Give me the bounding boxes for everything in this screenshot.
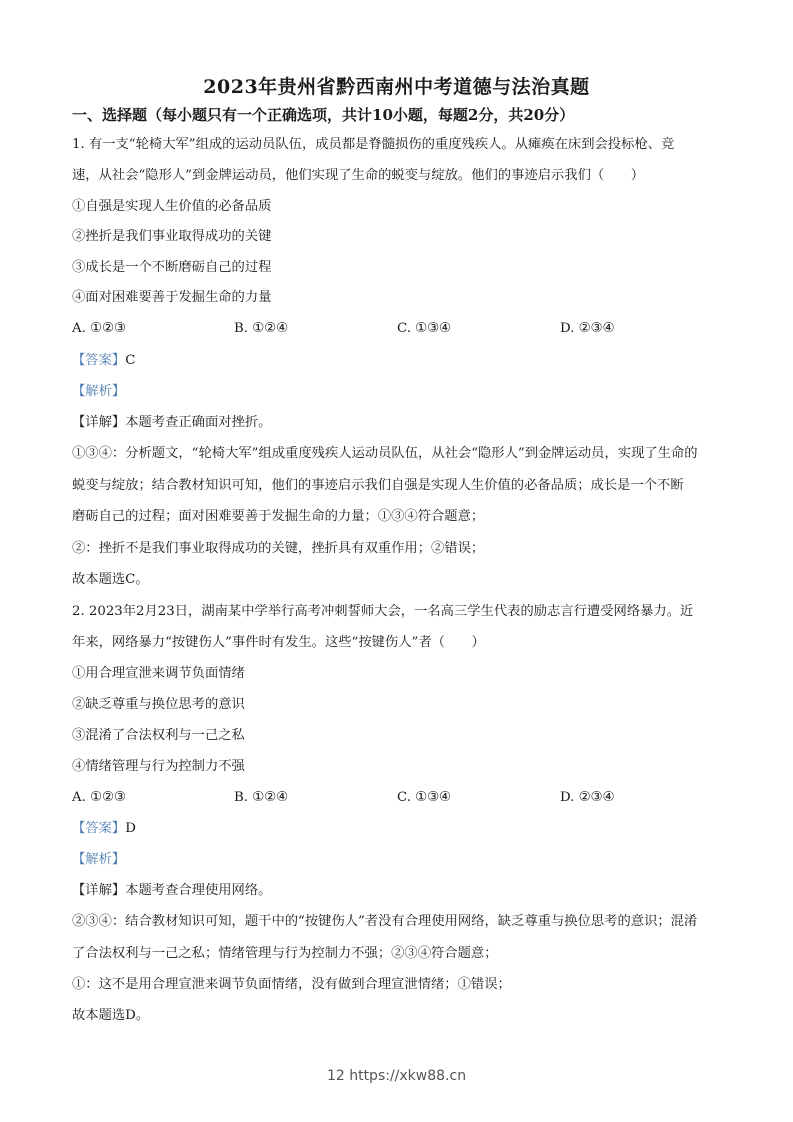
document-page: 2023年贵州省黔西南州中考道德与法治真题 一、选择题（每小题只有一个正确选项，… xyxy=(0,0,793,1122)
q2-explanation-line: ①：这不是用合理宣泄来调节负面情绪，没有做到合理宣泄情绪；①错误； xyxy=(72,976,722,994)
q1-stem-line2: 速，从社会“隐形人”到金牌运动员，他们实现了生命的蜕变与绽放。他们的事迹启示我们… xyxy=(72,167,722,185)
q1-option-a: A. ①②③ xyxy=(72,320,126,338)
detail-label: 【详解】 xyxy=(72,883,125,898)
detail-intro: 本题考查合理使用网络。 xyxy=(125,883,271,898)
q1-option-b: B. ①②④ xyxy=(234,320,288,338)
q2-option-b: B. ①②④ xyxy=(234,789,288,807)
answer-value: D xyxy=(125,821,136,836)
q2-explanation-line: 了合法权利与一己之私；情绪管理与行为控制力不强；②③④符合题意； xyxy=(72,945,722,963)
q1-item: ④面对困难要善于发掘生命的力量 xyxy=(72,289,722,307)
q2-stem-line2: 年来，网络暴力“按键伤人”事件时有发生。这些“按键伤人”者（ ） xyxy=(72,634,722,652)
answer-label: 【答案】 xyxy=(72,821,125,836)
q1-answer: 【答案】C xyxy=(72,352,722,370)
q2-analysis-label: 【解析】 xyxy=(72,851,722,869)
q2-option-d: D. ②③④ xyxy=(560,789,614,807)
q1-explanation-line: 蜕变与绽放；结合教材知识可知，他们的事迹启示我们自强是实现人生价值的必备品质；成… xyxy=(72,477,722,495)
q2-option-c: C. ①③④ xyxy=(397,789,451,807)
answer-value: C xyxy=(125,353,135,368)
q2-detail: 【详解】本题考查合理使用网络。 xyxy=(72,882,722,900)
q1-stem-line1: 1. 有一支“轮椅大军”组成的运动员队伍，成员都是脊髓损伤的重度残疾人。从瘫痪在… xyxy=(72,136,722,154)
page-footer: 12 https://xkw88.cn xyxy=(0,1068,793,1084)
detail-label: 【详解】 xyxy=(72,415,125,430)
q1-item: ②挫折是我们事业取得成功的关键 xyxy=(72,228,722,246)
q2-item: ④情绪管理与行为控制力不强 xyxy=(72,758,722,776)
q1-item: ①自强是实现人生价值的必备品质 xyxy=(72,198,722,216)
q2-item: ②缺乏尊重与换位思考的意识 xyxy=(72,696,722,714)
answer-label: 【答案】 xyxy=(72,353,125,368)
q1-detail: 【详解】本题考查正确面对挫折。 xyxy=(72,414,722,432)
q2-answer: 【答案】D xyxy=(72,820,722,838)
q2-option-a: A. ①②③ xyxy=(72,789,126,807)
page-title: 2023年贵州省黔西南州中考道德与法治真题 xyxy=(0,72,793,99)
q1-option-c: C. ①③④ xyxy=(397,320,451,338)
q2-conclusion: 故本题选D。 xyxy=(72,1007,722,1025)
detail-intro: 本题考查正确面对挫折。 xyxy=(125,415,271,430)
q2-item: ③混淆了合法权利与一己之私 xyxy=(72,727,722,745)
q2-explanation-line: ②③④：结合教材知识可知，题干中的“按键伤人”者没有合理使用网络，缺乏尊重与换位… xyxy=(72,913,722,931)
q1-analysis-label: 【解析】 xyxy=(72,383,722,401)
q1-explanation-line: 磨砺自己的过程；面对困难要善于发掘生命的力量；①③④符合题意； xyxy=(72,508,722,526)
q2-item: ①用合理宣泄来调节负面情绪 xyxy=(72,665,722,683)
q1-explanation-line: ①③④：分析题文，“轮椅大军”组成重度残疾人运动员队伍，从社会“隐形人”到金牌运… xyxy=(72,445,722,463)
q2-stem-line1: 2. 2023年2月23日，湖南某中学举行高考冲刺誓师大会，一名高三学生代表的励… xyxy=(72,603,722,621)
q1-item: ③成长是一个不断磨砺自己的过程 xyxy=(72,259,722,277)
section-heading: 一、选择题（每小题只有一个正确选项，共计10小题，每题2分，共20分） xyxy=(72,104,574,125)
q1-explanation-line: ②：挫折不是我们事业取得成功的关键，挫折具有双重作用；②错误； xyxy=(72,540,722,558)
q1-conclusion: 故本题选C。 xyxy=(72,571,722,589)
q1-option-d: D. ②③④ xyxy=(560,320,614,338)
